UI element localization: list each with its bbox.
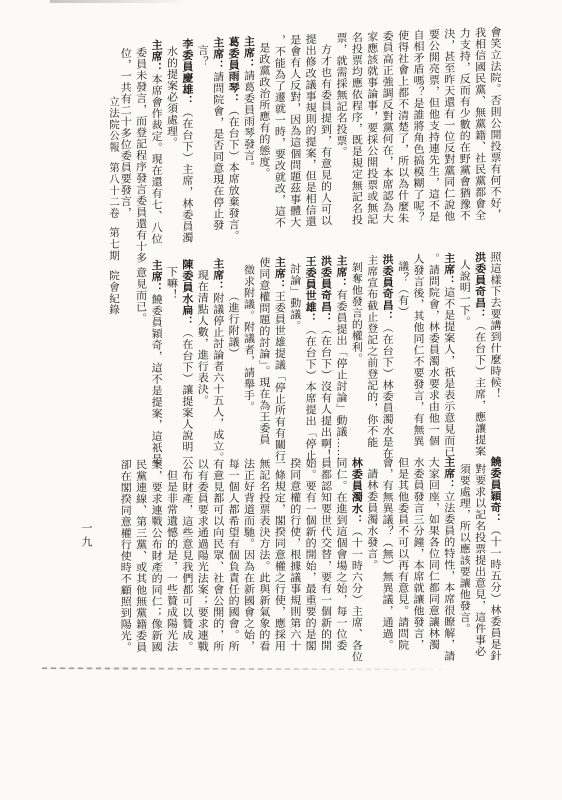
text-band-middle: 照這樣下去要講到什麼時候！洪委員奇昌：（在台下）主席，應讓提案人說明一下。主席：… — [110, 251, 502, 466]
text-column: 使同意權問題的討論」。現在為王委員 — [256, 257, 271, 463]
spine-caption: 立法院公報第八十二卷第七期院會紀錄 — [106, 96, 120, 315]
text-column: 陳委員水扁：（在台下）讓提案人說明一 — [178, 259, 193, 465]
text-column: ，不能為了遷就一時，要改就改，這不 — [271, 34, 286, 258]
speaker-name: 主席： — [212, 37, 224, 72]
issue-label: 第七期 — [108, 227, 119, 261]
speaker-name: 陳委員水扁： — [181, 259, 193, 328]
scan-crease-artifact — [42, 667, 474, 671]
text-column: 林委員濁水：（十一時六分）主席、各位 — [348, 457, 363, 662]
text-band-bottom: 饒委員穎奇：（十一時五分）林委員是針對要求以記名投票提出意見，這件事必須要處理，… — [110, 456, 502, 664]
text-column: 對要求以記名投票提出意見，這件事必 — [471, 456, 486, 661]
text-band-top: 會笑立法院。否則公開投票有何不好，我相信國民黨、無黨籍、社民黨都會全力支持，反而… — [110, 26, 502, 264]
text-column: 名投票均應依程序，既是規定無記名投 — [348, 31, 363, 255]
text-column: 主席：這不是提案人，祇是表示意見而已 — [440, 252, 455, 458]
speaker-name: 葛委員雨琴： — [227, 36, 239, 105]
text-column: 以有委員要求通過陽光法案；要求連戰 — [194, 458, 209, 663]
gazette-scan-page: 會笑立法院。否則公開投票有何不好，我相信國民黨、無黨籍、社民黨都會全力支持，反而… — [0, 0, 562, 800]
text-column: 主席：本席會作裁定。現在還有七、八位 — [148, 39, 163, 263]
text-column: 言？ — [194, 37, 209, 261]
scan-edge-smudge — [50, 0, 190, 3]
volume-label: 第八十二卷 — [108, 162, 119, 219]
text-column: 主席宣布截止登記之前登記的，你不能 — [363, 254, 378, 460]
text-column: 票，就需採無記名投票。 — [333, 32, 348, 256]
text-column: 但是其他委員不可以再有意見。請問院 — [394, 457, 409, 662]
text-column: 是會有人反對，因為這個問題茲事體大 — [286, 34, 301, 258]
text-column: 家應該就事論事，要採公開投票或無記 — [363, 31, 378, 255]
text-column: 李委員慶雄：（在台下）主席，林委員濁 — [178, 38, 193, 262]
text-column: 請林委員濁水發言。 — [363, 457, 378, 662]
text-column: 員都認知要世代交替，要有一個新的開 — [317, 457, 332, 662]
text-column: 主席：饒委員穎奇，這不是提案，這祇是 — [148, 259, 163, 465]
text-column: 自相矛盾嗎？是誰將角色搞模糊了呢？ — [410, 29, 425, 253]
speaker-name: 主席： — [335, 255, 347, 289]
text-column: 王委員世雄：（在台下）本席提出「停止 — [302, 256, 317, 462]
speaker-name: 主席： — [273, 256, 285, 290]
text-column: 主席：附議停止討論者六十五人，成立。 — [209, 258, 224, 464]
text-column: 人說明一下。 — [456, 252, 471, 458]
text-column: 葛委員雨琴：（在台下）本席放棄發言。 — [225, 36, 240, 260]
text-column: 有意見都可以向民眾、社會公開的，所 — [209, 458, 224, 663]
speaker-name: 主席： — [443, 456, 455, 490]
text-column: 無記名投票表決方法。此與新氣象的看 — [256, 458, 271, 663]
text-column: 意見而已。 — [132, 260, 147, 466]
text-column: 同仁。在進到這個會場之始，每一位委 — [333, 457, 348, 662]
text-column: 饒委員穎奇：（十一時五分）林委員是針 — [487, 456, 502, 661]
text-column: 法正好背道而馳。因為在新國會之始， — [240, 458, 255, 663]
speaker-name: 洪委員奇昌： — [381, 254, 393, 323]
speaker-name: 王委員世雄： — [304, 256, 316, 325]
text-column: 案，要求連戰公布財產的同仁；像新國 — [148, 459, 163, 664]
text-column: 始。要有一個新的開始，最重要的是閣 — [302, 457, 317, 662]
text-column: 卻在閣揆同意權行使時不顧照到陽光。 — [117, 459, 132, 664]
text-column: 洪委員奇昌：（在台下）林委員濁水是在 — [379, 254, 394, 460]
text-column: 洪委員奇昌：（在台下）沒有人提出啊！ — [317, 255, 332, 461]
text-column: 提出修改議事規則的提案，但是相信還 — [302, 33, 317, 257]
text-column: 主席：請問院會，是否同意現在停止發 — [209, 37, 224, 261]
text-column: 要公開亮票，但他支持連先生，這不是 — [425, 28, 440, 252]
text-column: 照這樣下去要講到什麼時候！ — [487, 251, 502, 457]
text-column: 決，甚至昨天還有一位反對黨同仁說他 — [440, 28, 455, 252]
text-column: 委員高正強調反對黨何在，本席認為大 — [379, 30, 394, 254]
section-label: 院會紀錄 — [108, 270, 119, 315]
text-column: 揆同意權的行使，根據議事規則第六十 — [286, 458, 301, 663]
text-column: 人發言後，其他同仁不要發言，有無異 — [410, 253, 425, 459]
speaker-name: 林委員濁水： — [350, 457, 362, 526]
text-column: 主席：請葛委員雨琴發言。 — [240, 35, 255, 259]
text-column: 剝奪他發言的權利。 — [348, 254, 363, 460]
speaker-name: 主席： — [212, 258, 224, 292]
page-number: 一九 — [79, 522, 93, 550]
text-column: 力支持，反而有少數的在野黨會猶豫不 — [456, 27, 471, 251]
text-column: 議？（有） — [394, 253, 409, 459]
journal-title: 立法院公報 — [108, 96, 119, 153]
text-column: 我相信國民黨、無黨籍、社民黨都會全 — [471, 27, 486, 251]
text-column: （進行附議） — [225, 257, 240, 463]
text-column: 主席：王委員世雄提議「停止所有有關行 — [271, 256, 286, 462]
text-column: 主席：有委員提出「停止討論」動議…… — [333, 255, 348, 461]
text-column: 現在清點人數，進行表決。 — [194, 258, 209, 464]
text-column: 下嘛！ — [163, 259, 178, 465]
text-column: 洪委員奇昌：（在台下）主席，應讓提案 — [471, 251, 486, 457]
text-column: 水委員發言三分鐘，本席就讓他發言， — [410, 457, 425, 662]
text-column: 民黨連線、第三黨、或其他無黨籍委員 — [132, 459, 147, 664]
text-column: 水的提案必須處理。 — [163, 38, 178, 262]
text-column: 每一個人都希望有個負責任的國會。所 — [225, 458, 240, 663]
text-column: 徵求附議。附議者，請舉手。 — [240, 257, 255, 463]
text-column: 主席：立法委員的特性，本席很瞭解，請 — [440, 456, 455, 661]
text-column: 會，有無異議？（無）無異議，通過。 — [379, 457, 394, 662]
speaker-name: 洪委員奇昌： — [320, 255, 332, 324]
speaker-name: 主席： — [150, 259, 162, 293]
speaker-name: 洪委員奇昌： — [474, 251, 486, 320]
text-column: 會笑立法院。否則公開投票有何不好， — [487, 26, 502, 250]
text-column: 須要處理，所以應該要讓他發言。 — [456, 456, 471, 661]
text-column: 公布財產，這些意見我們都可以贊成。 — [178, 458, 193, 663]
text-column: 。請問院會，林委員濁水要求由他一個 — [425, 253, 440, 459]
text-column: 方才也有委員提到，有意見的人可以 — [317, 33, 332, 257]
text-column: 一條規定，閣揆同意權之行使，應採用 — [271, 458, 286, 663]
text-column: 大家回座，如果各位同仁都同意讓林濁 — [425, 456, 440, 661]
text-column: 使得社會上都不清楚了，所以為什麼朱 — [394, 30, 409, 254]
speaker-name: 饒委員穎奇： — [489, 456, 501, 525]
speaker-name: 主席： — [150, 39, 162, 74]
speaker-name: 主席： — [443, 252, 455, 286]
text-column: 是政黨政治所應有的態度。 — [256, 35, 271, 259]
text-column: 委員未發言，而登記程序發言委員還有十多 — [132, 40, 147, 264]
speaker-name: 李委員慶雄： — [181, 38, 193, 107]
text-column: 但是非常遺憾的是，一些贊成陽光法 — [163, 459, 178, 664]
speaker-name: 主席： — [243, 36, 255, 71]
text-column: 討論」動議。 — [286, 256, 301, 462]
